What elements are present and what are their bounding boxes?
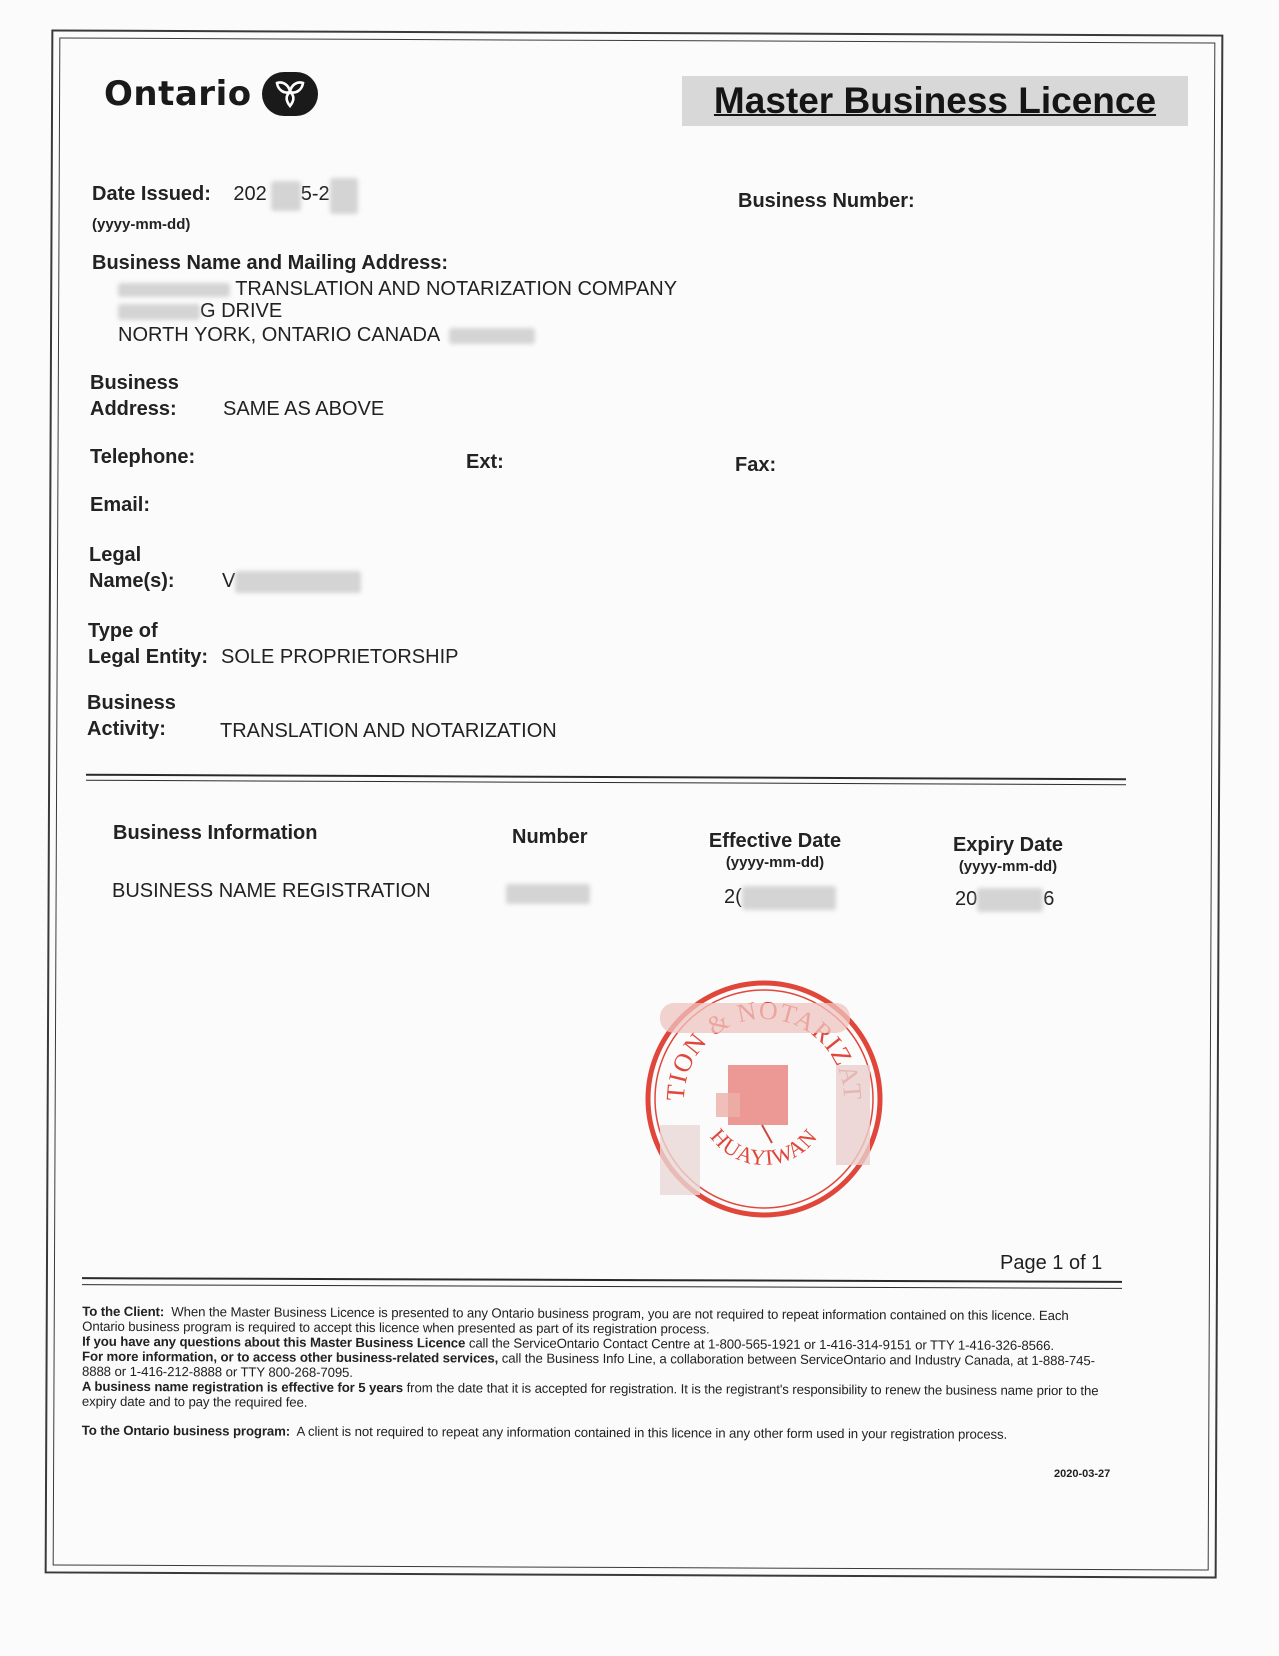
legal-entity-label-line1: Type of — [88, 618, 208, 644]
document-title-banner: Master Business Licence — [682, 76, 1188, 126]
redaction-blur — [330, 178, 358, 214]
legal-entity-label-line2: Legal Entity: — [88, 644, 208, 670]
legal-entity-value: SOLE PROPRIETORSHIP — [221, 644, 458, 670]
notice-program-label: To the Ontario business program: — [82, 1423, 290, 1439]
col-header-number: Number — [512, 824, 588, 850]
address-line-3-text: NORTH YORK, ONTARIO CANADA — [118, 324, 439, 346]
document-title: Master Business Licence — [714, 80, 1156, 122]
effective-date-title: Effective Date — [700, 828, 850, 854]
address-line-2-text: G DRIVE — [200, 300, 282, 322]
date-issued-field: Date Issued: 2025-2 (yyyy-mm-dd) — [92, 178, 358, 233]
telephone-label: Telephone: — [90, 444, 195, 470]
date-format-hint: (yyyy-mm-dd) — [92, 216, 358, 233]
notice-registration: A business name registration is effectiv… — [82, 1379, 1112, 1413]
date-issued-value-tail: 5-2 — [301, 183, 330, 205]
redaction-blur — [235, 571, 361, 593]
business-activity-label-line1: Business — [87, 690, 176, 716]
redaction-blur — [742, 886, 836, 910]
legal-names-label-line2: Name(s): — [89, 568, 175, 594]
notice-program-text: A client is not required to repeat any i… — [296, 1424, 1007, 1442]
row-expiry-date: 206 — [955, 886, 1054, 912]
address-line-3: NORTH YORK, ONTARIO CANADA — [118, 322, 535, 348]
col-header-business-information: Business Information — [113, 820, 317, 846]
fax-label: Fax: — [735, 452, 776, 478]
date-issued-label: Date Issued: — [92, 183, 211, 205]
notice-questions-label: If you have any questions about this Mas… — [82, 1334, 465, 1351]
redaction-blur — [977, 888, 1043, 912]
effective-date-text: 2( — [724, 886, 742, 908]
redaction-blur — [506, 884, 590, 904]
address-line-1-text: TRANSLATION AND NOTARIZATION COMPANY — [235, 278, 677, 300]
legal-names-label: Legal Name(s): — [89, 542, 175, 594]
redaction-blur — [118, 283, 230, 297]
redaction-blur — [118, 304, 200, 320]
legal-names-value-text: V — [222, 570, 235, 592]
row-number-redacted — [506, 884, 590, 904]
expiry-date-tail: 6 — [1043, 888, 1054, 910]
business-address-label-line1: Business — [90, 370, 179, 396]
row-information: BUSINESS NAME REGISTRATION — [112, 878, 431, 904]
logo-text: Ontario — [104, 74, 252, 114]
row-effective-date: 2( — [724, 884, 836, 910]
date-issued-value: 202 — [233, 183, 266, 205]
business-activity-value: TRANSLATION AND NOTARIZATION — [220, 718, 557, 744]
legal-names-label-line1: Legal — [89, 542, 175, 568]
email-label: Email: — [90, 492, 150, 518]
address-line-2: G DRIVE — [118, 298, 282, 324]
business-address-value: SAME AS ABOVE — [223, 396, 384, 422]
business-address-label: Business Address: — [90, 370, 179, 422]
notice-client-label: To the Client: — [82, 1304, 164, 1319]
footer-notice: To the Client: When the Master Business … — [82, 1304, 1113, 1442]
name-address-label: Business Name and Mailing Address: — [92, 250, 448, 276]
company-seal-stamp: SLATION & NOTARIZATION HUAYIWAN — [640, 975, 888, 1223]
notice-to-client: To the Client: When the Master Business … — [82, 1304, 1112, 1338]
page-indicator: Page 1 of 1 — [1000, 1252, 1102, 1275]
business-address-label-line2: Address: — [90, 396, 179, 422]
effective-date-format: (yyyy-mm-dd) — [700, 854, 850, 871]
expiry-date-title: Expiry Date — [933, 832, 1083, 858]
ext-label: Ext: — [466, 449, 504, 475]
notice-registration-label: A business name registration is effectiv… — [82, 1379, 403, 1395]
trillium-icon — [262, 72, 318, 116]
business-number-label: Business Number: — [738, 188, 915, 214]
col-header-expiry-date: Expiry Date (yyyy-mm-dd) — [933, 832, 1083, 875]
legal-entity-label: Type of Legal Entity: — [88, 618, 208, 670]
redaction-blur — [449, 328, 535, 344]
col-header-effective-date: Effective Date (yyyy-mm-dd) — [700, 828, 850, 871]
expiry-date-text: 20 — [955, 888, 977, 910]
legal-names-value: V — [222, 568, 361, 594]
business-activity-label-line2: Activity: — [87, 716, 176, 742]
notice-more-info: For more information, or to access other… — [82, 1349, 1112, 1383]
expiry-date-format: (yyyy-mm-dd) — [933, 858, 1083, 875]
notice-client-text: When the Master Business Licence is pres… — [82, 1304, 1068, 1336]
redaction-blur — [271, 181, 301, 211]
ontario-logo: Ontario — [104, 72, 318, 116]
business-activity-label: Business Activity: — [87, 690, 176, 742]
form-version-date: 2020-03-27 — [1054, 1468, 1110, 1480]
